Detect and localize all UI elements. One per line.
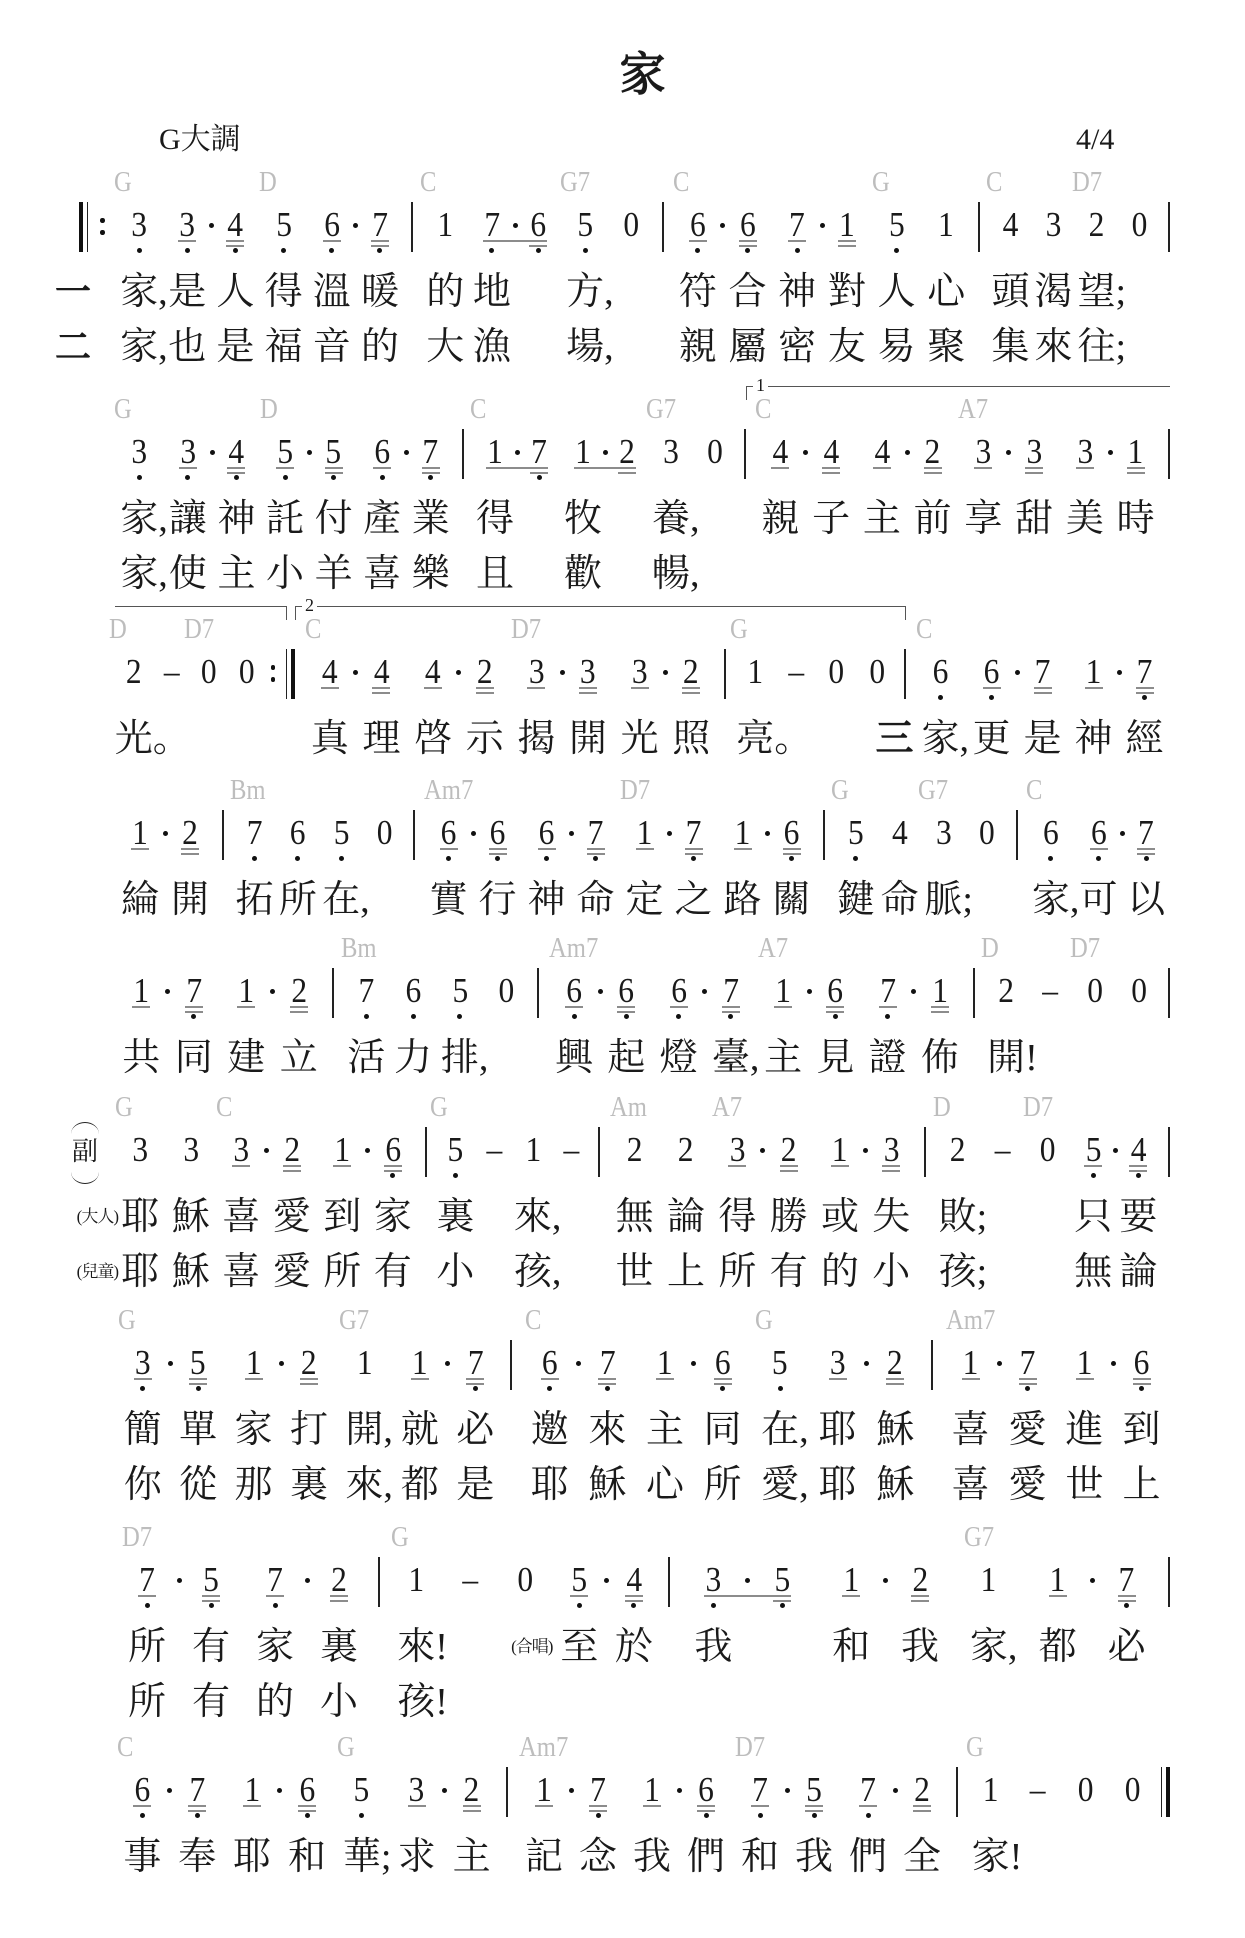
sixteenth-underline: [189, 1383, 207, 1385]
eighth-underline: [636, 848, 654, 850]
eighth-underline: [323, 240, 341, 242]
lyric-verse-1: 心: [927, 270, 965, 314]
eighth-underline: [134, 1378, 152, 1380]
sixteenth-underline: [722, 1011, 740, 1013]
low-octave-dot-icon: [329, 248, 334, 253]
eighth-underline: [722, 1006, 740, 1008]
eighth-underline: [243, 1805, 261, 1807]
eighth-underline: [587, 848, 605, 850]
lyric-verse-1: 所: [128, 1625, 166, 1669]
eighth-underline: [913, 1805, 931, 1807]
lyric-verse-1: 起: [607, 1036, 645, 1080]
lyric-verse-1: 來!: [397, 1625, 448, 1669]
eighth-underline: [181, 848, 199, 850]
low-octave-dot-icon: [691, 856, 696, 861]
sixteenth-underline: [579, 692, 597, 694]
eighth-underline: [333, 1165, 351, 1167]
lyric-verse-1: 打: [290, 1408, 328, 1452]
lyric-verse-1: 有: [192, 1625, 230, 1669]
lyric-verse-1: 佈: [921, 1036, 959, 1080]
lyric-verse-1: 活: [347, 1036, 385, 1080]
lyric-verse-1: 方,: [566, 270, 614, 314]
rest: 0: [1110, 969, 1168, 1013]
lyric-verse-2: 愛: [1009, 1463, 1047, 1507]
sixteenth-underline: [325, 472, 343, 474]
eighth-underline: [290, 1006, 308, 1008]
eighth-underline: [408, 1805, 426, 1807]
lyric-verse-1: 家: [256, 1625, 294, 1669]
lyric-verse-2: 的: [256, 1680, 294, 1724]
barline: [332, 968, 334, 1018]
low-octave-dot-icon: [1025, 1386, 1030, 1391]
lyric-verse-1: 神: [528, 878, 566, 922]
eighth-underline: [1034, 687, 1052, 689]
lyric-verse-1: 耶: [233, 1835, 271, 1879]
low-octave-dot-icon: [364, 1014, 369, 1019]
sixteenth-underline: [185, 1011, 203, 1013]
lyric-verse-2: 漁: [473, 325, 511, 369]
sixteenth-underline: [924, 472, 942, 474]
chord-symbol: Am7: [424, 773, 473, 809]
lyric-verse-2: 孩,: [514, 1250, 562, 1294]
chord-symbol: C: [470, 392, 486, 428]
lyric-verse-1: 我: [795, 1835, 833, 1879]
eighth-underline: [974, 467, 992, 469]
barline: [222, 810, 224, 860]
eighth-underline: [529, 240, 547, 242]
lyric-verse-1: 裏: [436, 1195, 474, 1239]
low-octave-dot-icon: [411, 1014, 416, 1019]
lyric-verse-1: 地: [473, 270, 511, 314]
lyric-verse-1: 揭: [517, 717, 555, 761]
lyric-verse-2: 所: [718, 1250, 756, 1294]
lyric-verse-1: 主: [863, 497, 901, 541]
low-octave-dot-icon: [137, 475, 142, 480]
lyric-verse-1: 來: [588, 1408, 626, 1452]
lyric-verse-1: 鍵: [837, 878, 875, 922]
lyric-verse-1: 都: [1039, 1625, 1077, 1669]
song-title: 家: [0, 48, 1245, 102]
repeat-end-thick-barline: [291, 649, 296, 699]
eighth-underline: [873, 467, 891, 469]
eighth-underline: [538, 848, 556, 850]
eighth-underline: [325, 467, 343, 469]
eighth-underline: [1076, 467, 1094, 469]
lyric-verse-2: 所: [323, 1250, 361, 1294]
low-octave-dot-icon: [894, 248, 899, 253]
sixteenth-underline: [530, 472, 548, 474]
low-octave-dot-icon: [331, 475, 336, 480]
repeat-end-thin-barline: [286, 649, 287, 699]
low-octave-dot-icon: [780, 1603, 785, 1608]
sixteenth-underline: [1129, 1170, 1147, 1172]
lyric-verse-1: 簡: [124, 1408, 162, 1452]
sixteenth-underline: [188, 1810, 206, 1812]
lyric-verse-2: 大: [426, 325, 464, 369]
low-octave-dot-icon: [989, 695, 994, 700]
eighth-underline: [202, 1595, 220, 1597]
lyric-verse-1: 同: [175, 1036, 213, 1080]
low-octave-dot-icon: [283, 475, 288, 480]
eighth-underline: [714, 1378, 732, 1380]
lyric-verse-2: 友: [828, 325, 866, 369]
eighth-underline: [656, 1378, 674, 1380]
lyric-verse-1: 主: [453, 1835, 491, 1879]
lyric-verse-1: 前: [914, 497, 952, 541]
eighth-underline: [911, 1595, 929, 1597]
chord-symbol: C: [216, 1090, 232, 1126]
lyric-verse-1: 喜: [222, 1195, 260, 1239]
lyric-verse-1: 業: [412, 497, 450, 541]
lyric-verse-1: 就: [401, 1408, 439, 1452]
low-octave-dot-icon: [577, 1603, 582, 1608]
sixteenth-underline: [739, 245, 757, 247]
lyric-verse-1: 親: [761, 497, 799, 541]
chord-symbol: C: [420, 165, 436, 201]
low-octave-dot-icon: [624, 1014, 629, 1019]
lyric-verse-1: 人: [878, 270, 916, 314]
barline: [462, 429, 464, 479]
chord-symbol: C: [1026, 773, 1042, 809]
low-octave-dot-icon: [457, 1014, 462, 1019]
lyric-verse-2: 樂: [412, 552, 450, 596]
barline: [1168, 1557, 1170, 1607]
lyric-verse-2: 論: [1119, 1250, 1157, 1294]
lyric-verse-2: 無: [1074, 1250, 1112, 1294]
sixteenth-underline: [463, 1810, 481, 1812]
sixteenth-underline: [714, 1383, 732, 1385]
eighth-underline: [266, 1595, 284, 1597]
sixteenth-underline: [589, 1810, 607, 1812]
low-octave-dot-icon: [758, 1813, 763, 1818]
eighth-underline: [842, 1595, 860, 1597]
low-octave-dot-icon: [547, 1386, 552, 1391]
bracket-arc-top-icon: [71, 1122, 99, 1134]
lyric-verse-1: 溫: [313, 270, 351, 314]
chord-symbol: C: [916, 612, 932, 648]
lyric-verse-1: 養,: [652, 497, 700, 541]
barline: [1168, 202, 1170, 252]
sixteenth-underline: [822, 472, 840, 474]
sixteenth-underline: [1137, 853, 1155, 855]
barline: [1168, 1127, 1170, 1177]
chord-symbol: D7: [620, 773, 650, 809]
low-octave-dot-icon: [359, 1813, 364, 1818]
low-octave-dot-icon: [495, 856, 500, 861]
volta-bracket: 1: [746, 386, 1170, 400]
chorus-label: 副: [69, 1122, 101, 1184]
chord-symbol: D: [259, 165, 277, 201]
eighth-underline: [570, 1595, 588, 1597]
low-octave-dot-icon: [789, 856, 794, 861]
lyric-verse-1: 神: [1075, 717, 1113, 761]
low-octave-dot-icon: [473, 1386, 478, 1391]
lyric-verse-1: 失: [872, 1195, 910, 1239]
lyric-verse-1: 同: [704, 1408, 742, 1452]
lyric-verse-2: 喜: [363, 552, 401, 596]
low-octave-dot-icon: [745, 248, 750, 253]
sixteenth-underline: [489, 853, 507, 855]
eighth-underline: [728, 1165, 746, 1167]
lyric-verse-2: 聚: [927, 325, 965, 369]
note: 1: [915, 203, 978, 247]
lyric-verse-2: 小: [872, 1250, 910, 1294]
low-octave-dot-icon: [812, 1813, 817, 1818]
eighth-underline: [826, 1006, 844, 1008]
lyric-verse-1: 興: [555, 1036, 593, 1080]
rest: 0: [1111, 203, 1168, 247]
sixteenth-underline: [290, 1011, 308, 1013]
sixteenth-underline: [283, 1170, 301, 1172]
low-octave-dot-icon: [596, 1813, 601, 1818]
chord-symbol: Am7: [519, 1730, 568, 1766]
lyric-verse-1: 無: [616, 1195, 654, 1239]
lyric-verse-1: 經: [1126, 717, 1164, 761]
rest: 0: [356, 811, 413, 855]
lyric-verse-1: 所: [279, 878, 317, 922]
lyric-verse-2: 喜: [222, 1250, 260, 1294]
sixteenth-underline: [826, 1011, 844, 1013]
lyric-verse-2: 愛,: [761, 1463, 809, 1507]
eighth-underline: [298, 1805, 316, 1807]
rest: 0: [220, 650, 272, 694]
lyric-verse-1: 和: [832, 1625, 870, 1669]
lyric-verse-1: 神: [217, 497, 255, 541]
lyric-verse-2: 你: [124, 1463, 162, 1507]
low-octave-dot-icon: [137, 248, 142, 253]
chord-symbol: D7: [1070, 931, 1100, 967]
eighth-underline: [617, 1006, 635, 1008]
sixteenth-underline: [913, 1810, 931, 1812]
lyric-verse-1: 於: [615, 1625, 653, 1669]
barline: [662, 202, 664, 252]
low-octave-dot-icon: [234, 475, 239, 480]
eighth-underline: [773, 1595, 791, 1597]
low-octave-dot-icon: [938, 695, 943, 700]
eighth-underline: [372, 687, 390, 689]
lyric-prefix-label: 三: [875, 717, 913, 761]
eighth-underline: [138, 1595, 156, 1597]
eighth-underline: [734, 848, 752, 850]
eighth-underline: [1076, 1378, 1094, 1380]
eighth-underline: [535, 1805, 553, 1807]
eighth-underline: [1118, 1595, 1136, 1597]
eighth-underline: [670, 1006, 688, 1008]
lyric-verse-1: 我: [901, 1625, 939, 1669]
lyric-verse-1: 必: [1108, 1625, 1146, 1669]
final-thick-barline: [1166, 1767, 1171, 1817]
sixteenth-underline: [422, 472, 440, 474]
barline: [537, 968, 539, 1018]
lyric-verse-1: 開: [171, 878, 209, 922]
lyric-verse-1: 神: [778, 270, 816, 314]
lyric-verse-2: 小: [266, 552, 304, 596]
chord-symbol: G: [430, 1090, 448, 1126]
chord-symbol: Bm: [341, 931, 377, 967]
eighth-underline: [924, 467, 942, 469]
eighth-underline: [631, 687, 649, 689]
lyric-verse-1: 裏: [320, 1625, 358, 1669]
lyric-verse-1: 論: [667, 1195, 705, 1239]
low-octave-dot-icon: [537, 475, 542, 480]
lyric-verse-2: 穌: [588, 1463, 626, 1507]
low-octave-dot-icon: [711, 1603, 716, 1608]
lyric-verse-2: 心: [646, 1463, 684, 1507]
lyric-verse-1: 愛: [1009, 1408, 1047, 1452]
lyric-verse-2: 穌: [876, 1463, 914, 1507]
chord-symbol: Bm: [230, 773, 266, 809]
sixteenth-underline: [529, 245, 547, 247]
sixteenth-underline: [682, 692, 700, 694]
low-octave-dot-icon: [305, 1813, 310, 1818]
eighth-underline: [643, 1805, 661, 1807]
eighth-underline: [411, 1378, 429, 1380]
sixteenth-underline: [330, 1600, 348, 1602]
lyric-verse-1: 頭: [992, 270, 1030, 314]
eighth-underline: [133, 1805, 151, 1807]
low-octave-dot-icon: [209, 1603, 214, 1608]
low-octave-dot-icon: [1124, 1603, 1129, 1608]
lyric-verse-1: 進: [1066, 1408, 1104, 1452]
low-octave-dot-icon: [195, 1813, 200, 1818]
sixteenth-underline: [697, 1810, 715, 1812]
lyric-verse-2: 福: [265, 325, 303, 369]
chord-symbol: Am: [610, 1090, 647, 1126]
eighth-underline: [886, 1378, 904, 1380]
eighth-underline: [697, 1805, 715, 1807]
eighth-underline: [831, 1165, 849, 1167]
lyric-verse-1: 定: [626, 878, 664, 922]
low-octave-dot-icon: [583, 248, 588, 253]
lyric-verse-1: 在,: [322, 878, 370, 922]
low-octave-dot-icon: [572, 1014, 577, 1019]
eighth-underline: [178, 240, 196, 242]
verse-number: 一: [51, 270, 95, 314]
eighth-underline: [983, 687, 1001, 689]
eighth-underline: [579, 687, 597, 689]
lyric-verse-1: 得: [476, 497, 514, 541]
barline: [378, 1557, 380, 1607]
rest: 0: [477, 969, 537, 1013]
lyric-verse-1: 家!: [972, 1835, 1023, 1879]
sixteenth-underline: [805, 1810, 823, 1812]
lyric-verse-1: 得: [718, 1195, 756, 1239]
lyric-verse-1: 愛: [273, 1195, 311, 1239]
lyric-verse-1: 示: [466, 717, 504, 761]
lyric-verse-1: 只: [1074, 1195, 1112, 1239]
sixteenth-underline: [466, 1383, 484, 1385]
lyric-verse-1: 家: [235, 1408, 273, 1452]
lyric-verse-2: 耶: [531, 1463, 569, 1507]
chord-symbol: G: [114, 165, 132, 201]
low-octave-dot-icon: [191, 1014, 196, 1019]
volta-ending-number: 2: [302, 595, 317, 615]
eighth-underline: [783, 848, 801, 850]
eighth-underline: [384, 1165, 402, 1167]
eighth-underline: [232, 1165, 250, 1167]
chord-symbol: Am7: [946, 1303, 995, 1339]
lyric-verse-1: 讓: [169, 497, 207, 541]
barline: [744, 429, 746, 479]
lyric-verse-1: 勝: [770, 1195, 808, 1239]
eighth-underline: [774, 1006, 792, 1008]
eighth-underline: [1127, 467, 1145, 469]
eighth-underline: [300, 1378, 318, 1380]
lyric-verse-1: 建: [227, 1036, 265, 1080]
lyric-verse-1: 產: [363, 497, 401, 541]
eighth-underline: [1137, 848, 1155, 850]
lyric-verse-1: 的: [426, 270, 464, 314]
low-octave-dot-icon: [1091, 1173, 1096, 1178]
rest: 0: [958, 811, 1015, 855]
lyric-verse-1: 綸: [121, 878, 159, 922]
lyric-verse-1: 單: [179, 1408, 217, 1452]
low-octave-dot-icon: [453, 1173, 458, 1178]
chord-symbol: G: [337, 1730, 355, 1766]
chord-symbol: G7: [339, 1303, 369, 1339]
barline: [978, 202, 980, 252]
barline: [506, 1767, 508, 1817]
chord-symbol: C: [525, 1303, 541, 1339]
rest: 0: [850, 650, 904, 694]
sixteenth-underline: [911, 1600, 929, 1602]
eighth-underline: [466, 1378, 484, 1380]
chord-symbol: G: [118, 1303, 136, 1339]
lyric-verse-1: 望;: [1078, 270, 1127, 314]
lyric-verse-2: 有: [192, 1680, 230, 1724]
volta-bracket: [115, 606, 287, 620]
low-octave-dot-icon: [1048, 856, 1053, 861]
verse-number: 二: [51, 325, 95, 369]
low-octave-dot-icon: [273, 1603, 278, 1608]
eighth-underline: [476, 687, 494, 689]
chord-symbol: G: [755, 1303, 773, 1339]
lyric-verse-1: 臺,: [712, 1036, 760, 1080]
lyric-verse-1: 耶: [819, 1408, 857, 1452]
lyric-verse-1: 合: [729, 270, 767, 314]
eighth-underline: [685, 848, 703, 850]
eighth-underline: [625, 1595, 643, 1597]
sustain-dash: –: [545, 1128, 598, 1172]
eighth-underline: [805, 1805, 823, 1807]
lyric-verse-1: 託: [266, 497, 304, 541]
volta-bracket: 2: [295, 606, 726, 620]
sixteenth-underline: [476, 692, 494, 694]
lyric-verse-1: 美: [1066, 497, 1104, 541]
lyric-verse-1: 邀: [531, 1408, 569, 1452]
sixteenth-underline: [300, 1383, 318, 1385]
eighth-underline: [227, 467, 245, 469]
lyric-verse-1: 燈: [660, 1036, 698, 1080]
lyric-verse-1: 更: [973, 717, 1011, 761]
barline: [1016, 810, 1018, 860]
sixteenth-underline: [685, 853, 703, 855]
lyric-verse-2: 易: [878, 325, 916, 369]
lyric-verse-1: 家,: [970, 1625, 1018, 1669]
eighth-underline: [1049, 1595, 1067, 1597]
low-octave-dot-icon: [377, 248, 382, 253]
lyric-verse-2: 那: [235, 1463, 273, 1507]
sixteenth-underline: [181, 853, 199, 855]
chorus-label-text: 副: [65, 1136, 105, 1168]
lyric-verse-2: 裏: [290, 1463, 328, 1507]
low-octave-dot-icon: [676, 1014, 681, 1019]
eighth-underline: [237, 1006, 255, 1008]
sixteenth-underline: [625, 1600, 643, 1602]
lyric-verse-2: 有: [374, 1250, 412, 1294]
barline: [924, 1127, 926, 1177]
lyric-verse-2: 耶: [819, 1463, 857, 1507]
